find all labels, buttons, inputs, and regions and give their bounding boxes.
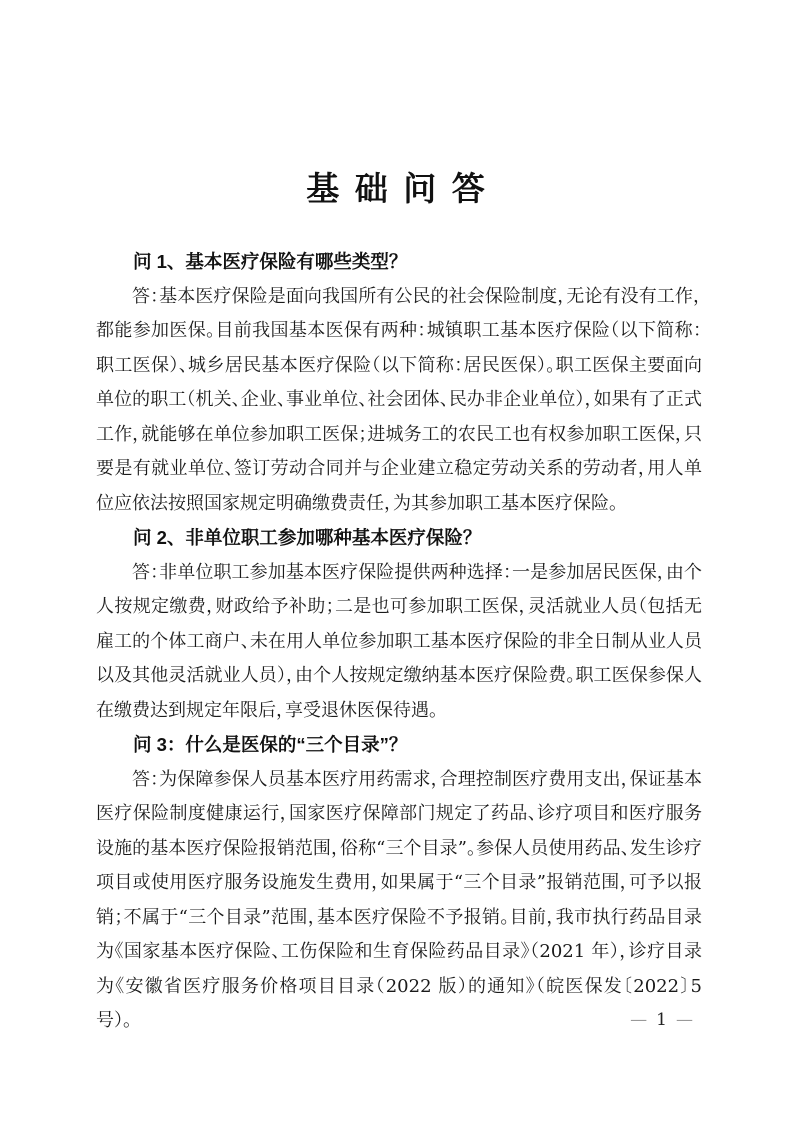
page-title: 基 础 问 答 — [0, 168, 793, 210]
answer-1-paragraph: 答：基本医疗保险是面向我国所有公民的社会保险制度，无论有没有工作，都能参加医保。… — [96, 280, 702, 522]
question-3-heading: 问 3：什么是医保的“三个目录”？ — [96, 728, 702, 763]
answer-2-paragraph: 答：非单位职工参加基本医疗保险提供两种选择：一是参加居民医保，由个人按规定缴费，… — [96, 556, 702, 729]
footer-right-dash: — — [676, 1010, 693, 1030]
question-1-heading: 问 1、基本医疗保险有哪些类型？ — [96, 245, 702, 280]
answer-3-paragraph: 答：为保障参保人员基本医疗用药需求，合理控制医疗费用支出，保证基本医疗保险制度健… — [96, 763, 702, 1039]
footer-left-dash: — — [630, 1010, 647, 1030]
page-footer: —1— — [630, 1008, 693, 1032]
document-page: 基 础 问 答 问 1、基本医疗保险有哪些类型？ 答：基本医疗保险是面向我国所有… — [0, 0, 793, 1122]
page-number: 1 — [656, 1010, 667, 1030]
question-2-heading: 问 2、非单位职工参加哪种基本医疗保险？ — [96, 521, 702, 556]
document-body: 问 1、基本医疗保险有哪些类型？ 答：基本医疗保险是面向我国所有公民的社会保险制… — [96, 245, 702, 1039]
